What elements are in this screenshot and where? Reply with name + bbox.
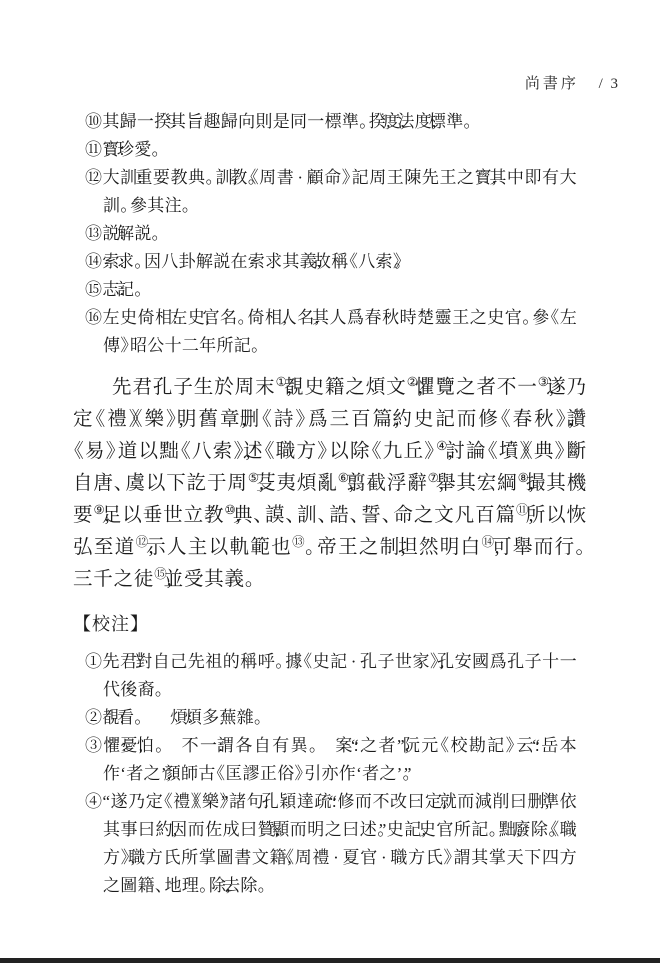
cjk-punctuation: 》 xyxy=(234,441,255,462)
cjk-punctuation: , xyxy=(439,473,445,494)
cjk-punctuation: , xyxy=(179,409,185,430)
annotation-item: ④“遂乃定《禮》《樂》”諸句:孔穎達疏:“修而不改曰定,就而減削曰删,準依其事曰… xyxy=(85,788,577,900)
cjk-punctuation: 。 xyxy=(403,764,412,783)
annotation-item: ⑬説:解説。 xyxy=(85,220,577,248)
collation-note-list: ①先君:對自己先祖的稱呼。據《史記·孔子世家》,孔安國爲孔子十一代後裔。②覩:看… xyxy=(85,648,577,900)
cjk-punctuation: 。 xyxy=(182,196,199,215)
cjk-punctuation: 》 xyxy=(430,652,448,671)
cjk-punctuation: · xyxy=(297,168,303,187)
cjk-punctuation: 》 xyxy=(506,736,524,755)
note-number-marker: ② xyxy=(85,708,102,727)
cjk-punctuation: 《 xyxy=(208,764,225,783)
note-reference: ④ xyxy=(436,439,448,453)
note-reference: ⑫ xyxy=(136,535,149,549)
cjk-punctuation: , xyxy=(246,441,252,462)
cjk-punctuation: , xyxy=(259,473,265,494)
cjk-punctuation: 、 xyxy=(285,505,305,526)
cjk-punctuation: 《 xyxy=(542,308,560,327)
note-number-marker: ⑬ xyxy=(85,224,102,243)
note-text: “遂乃定《禮》《樂》”諸句:孔穎達疏:“修而不改曰定,就而減削曰删,準依其事曰約… xyxy=(103,792,577,895)
page-content: ⑩其歸一揆:其旨趣歸向則是同一標準。揆,度,法度,標準。⑪寳:珍愛。⑫大訓:重要… xyxy=(0,108,660,900)
cjk-punctuation: , xyxy=(492,168,497,187)
cjk-punctuation: · xyxy=(381,848,387,867)
cjk-punctuation: 。 xyxy=(134,252,151,271)
note-text: 大訓:重要教典。訓,教。《周書·顧命》記周王陳先王之寳,其中即有大訓。參其注。 xyxy=(103,168,577,215)
cjk-punctuation: , xyxy=(440,652,445,671)
cjk-punctuation: , xyxy=(167,569,173,590)
cjk-punctuation: , xyxy=(139,736,144,755)
cjk-punctuation: : xyxy=(535,736,540,755)
cjk-punctuation: : xyxy=(187,708,192,727)
cjk-punctuation: , xyxy=(283,308,288,327)
cjk-punctuation: 》 xyxy=(106,441,127,462)
note-reference: ⑩ xyxy=(224,503,235,517)
cjk-punctuation: , xyxy=(405,736,410,755)
cjk-punctuation: 、 xyxy=(382,505,402,526)
cjk-punctuation: : xyxy=(172,112,177,131)
cjk-punctuation: 。 xyxy=(238,308,256,327)
cjk-punctuation: 。 xyxy=(489,820,507,839)
collation-heading: 【校注】 xyxy=(73,610,587,638)
note-number-marker: ⑩ xyxy=(85,112,102,131)
cjk-punctuation: , xyxy=(549,377,555,398)
cjk-punctuation: 《 xyxy=(491,409,513,430)
cjk-punctuation: : xyxy=(218,736,223,755)
cjk-punctuation: 。 xyxy=(134,708,143,727)
cjk-punctuation: , xyxy=(386,112,391,131)
cjk-punctuation: 。 xyxy=(155,680,172,699)
cjk-punctuation: , xyxy=(443,792,448,811)
cjk-punctuation: : xyxy=(120,252,125,271)
book-page: 尚書序 / 3 ⑩其歸一揆:其旨趣歸向則是同一標準。揆,度,法度,標準。⑪寳:珍… xyxy=(0,0,660,963)
cjk-punctuation: 《 xyxy=(255,441,276,462)
cjk-punctuation: : xyxy=(120,708,125,727)
cjk-punctuation: 《 xyxy=(252,409,274,430)
note-reference: ⑥ xyxy=(338,471,349,485)
cjk-punctuation: 。 xyxy=(155,736,165,755)
note-reference: ① xyxy=(276,375,287,389)
cjk-punctuation: : xyxy=(173,308,178,327)
cjk-punctuation: 。 xyxy=(134,280,151,299)
note-text: 其歸一揆:其旨趣歸向則是同一標準。揆,度,法度,標準。 xyxy=(102,112,473,131)
note-text: 寳:珍愛。 xyxy=(102,140,161,159)
note-text: 志:記。 xyxy=(102,280,144,299)
annotation-item: ⑯左史倚相:左史,官名。倚相,人名,其人爲春秋時楚靈王之史官。參《左傳》昭公十二… xyxy=(85,304,577,360)
cjk-punctuation: , xyxy=(400,112,405,131)
cjk-punctuation: , xyxy=(448,441,454,462)
cjk-punctuation: , xyxy=(275,820,280,839)
cjk-punctuation: : xyxy=(354,736,359,755)
note-number-marker: ⑪ xyxy=(85,140,102,159)
cjk-punctuation: 《 xyxy=(86,409,108,430)
cjk-punctuation: 。 xyxy=(152,224,169,243)
cjk-punctuation: , xyxy=(495,537,501,558)
cjk-punctuation: 、 xyxy=(155,876,172,895)
cjk-punctuation: 。 xyxy=(254,708,271,727)
cjk-punctuation: 。 xyxy=(275,652,293,671)
cjk-punctuation: 。 xyxy=(120,196,137,215)
annotation-item: ⑫大訓:重要教典。訓,教。《周書·顧命》記周王陳先王之寳,其中即有大訓。參其注。 xyxy=(85,164,577,220)
note-text: 覩:看。 煩:煩多蕪雜。 xyxy=(102,708,263,727)
cjk-punctuation: 》 xyxy=(556,409,578,430)
cjk-punctuation: , xyxy=(529,505,535,526)
note-number-marker: ④ xyxy=(85,792,103,811)
cjk-punctuation: , xyxy=(545,792,550,811)
annotation-item: ②覩:看。 煩:煩多蕪雜。 xyxy=(85,704,577,732)
cjk-punctuation: : xyxy=(264,792,269,811)
page-number: / 3 xyxy=(599,76,620,92)
cjk-punctuation: 。 xyxy=(199,876,216,895)
cjk-punctuation: 。 xyxy=(251,336,268,355)
cjk-punctuation: 、 xyxy=(350,505,370,526)
cjk-punctuation: 。 xyxy=(522,308,540,327)
cjk-punctuation: 。 xyxy=(377,820,386,839)
cjk-punctuation: 《 xyxy=(478,441,499,462)
cjk-punctuation: , xyxy=(287,377,293,398)
annotation-item: ⑭索:求。因八卦解説在索求其義,故稱《八索》。 xyxy=(85,248,577,276)
cjk-punctuation: 》 xyxy=(443,848,461,867)
note-reference: ⑧ xyxy=(518,471,529,485)
cjk-punctuation: 。 xyxy=(464,112,481,131)
cjk-punctuation: , xyxy=(422,820,427,839)
cjk-punctuation: , xyxy=(418,377,424,398)
cjk-punctuation: 。 xyxy=(152,140,169,159)
cjk-punctuation: 》 xyxy=(295,764,312,783)
cjk-punctuation: , xyxy=(432,112,437,131)
annotation-item: ⑩其歸一揆:其旨趣歸向則是同一標準。揆,度,法度,標準。 xyxy=(85,108,577,136)
cjk-punctuation: · xyxy=(333,848,339,867)
cjk-punctuation: : xyxy=(138,652,143,671)
chapter-title: 尚書序 xyxy=(525,76,579,92)
annotation-item: ③懼:憂,怕。 不一:謂各自有異。 案:“之者”,阮元《校勘記》云:“岳本作‘者… xyxy=(85,732,577,788)
cjk-punctuation: , xyxy=(315,308,320,327)
cjk-punctuation: 》 xyxy=(295,409,317,430)
note-text: 説:解説。 xyxy=(102,224,161,243)
note-reference: ⑪ xyxy=(516,503,529,517)
cjk-punctuation: 、 xyxy=(253,505,273,526)
cjk-punctuation: , xyxy=(317,252,322,271)
cjk-punctuation: 《 xyxy=(64,441,85,462)
cjk-punctuation: , xyxy=(226,876,231,895)
cjk-punctuation: 》 xyxy=(166,409,188,430)
annotation-item: ⑮志:記。 xyxy=(85,276,577,304)
cjk-punctuation: , xyxy=(167,764,172,783)
cjk-punctuation: , xyxy=(349,473,355,494)
cjk-punctuation: , xyxy=(401,537,407,558)
cjk-punctuation: 》 xyxy=(317,441,338,462)
cjk-punctuation: , xyxy=(149,537,155,558)
cjk-punctuation: : xyxy=(120,140,125,159)
note-reference: ⑮ xyxy=(154,567,167,581)
cjk-punctuation: , xyxy=(394,409,400,430)
cjk-punctuation: , xyxy=(205,308,210,327)
annotation-list-top: ⑩其歸一揆:其旨趣歸向則是同一標準。揆,度,法度,標準。⑪寳:珍愛。⑫大訓:重要… xyxy=(85,108,577,360)
cjk-punctuation: , xyxy=(516,820,521,839)
note-text: 先君:對自己先祖的稱呼。據《史記·孔子世家》,孔安國爲孔子十一代後裔。 xyxy=(103,652,577,699)
cjk-punctuation: : xyxy=(120,280,125,299)
annotation-item: ①先君:對自己先祖的稱呼。據《史記·孔子世家》,孔安國爲孔子十一代後裔。 xyxy=(85,648,577,704)
note-reference: ③ xyxy=(538,375,549,389)
cjk-punctuation: , xyxy=(568,409,574,430)
cjk-punctuation: 《 xyxy=(341,252,358,271)
running-header: 尚書序 / 3 xyxy=(0,74,660,94)
cjk-punctuation: , xyxy=(236,505,242,526)
cjk-punctuation: 》 xyxy=(120,336,137,355)
cjk-punctuation: , xyxy=(241,409,247,430)
cjk-punctuation: · xyxy=(351,652,357,671)
note-reference: ⑬ xyxy=(292,535,305,549)
cjk-punctuation: 《 xyxy=(133,409,145,430)
note-text: 索:求。因八卦解説在索求其義,故稱《八索》。 xyxy=(102,252,403,271)
note-reference: ⑦ xyxy=(428,471,439,485)
cjk-punctuation: 。 xyxy=(394,252,411,271)
cjk-punctuation: 、 xyxy=(318,505,338,526)
cjk-punctuation: 《 xyxy=(250,168,259,187)
cjk-punctuation: , xyxy=(173,820,178,839)
cjk-punctuation: 。 xyxy=(245,569,265,590)
cjk-punctuation: 《 xyxy=(295,652,313,671)
cjk-punctuation: 》 xyxy=(121,848,139,867)
cjk-punctuation: 》 xyxy=(342,168,360,187)
note-number-marker: ⑮ xyxy=(85,280,102,299)
cjk-punctuation: : xyxy=(120,224,125,243)
note-number-marker: ① xyxy=(85,652,103,671)
note-number-marker: ⑫ xyxy=(85,168,103,187)
cjk-punctuation: : xyxy=(332,792,337,811)
cjk-punctuation: 《 xyxy=(362,441,383,462)
cjk-punctuation: 。 xyxy=(359,112,376,131)
cjk-punctuation: 《 xyxy=(523,441,534,462)
cjk-punctuation: , xyxy=(105,505,111,526)
main-text-paragraph: 先君孔子生於周末①,覩史籍之煩文②,懼覽之者不一③,遂乃定《禮》《樂》,明舊章,… xyxy=(73,372,587,596)
cjk-punctuation: 《 xyxy=(156,792,174,811)
cjk-punctuation: 。 xyxy=(305,537,326,558)
note-number-marker: ③ xyxy=(85,736,103,755)
cjk-punctuation: , xyxy=(131,848,136,867)
note-reference: ⑭ xyxy=(482,535,495,549)
cjk-punctuation: 、 xyxy=(114,473,134,494)
cjk-punctuation: 《 xyxy=(551,820,560,839)
cjk-punctuation: 《 xyxy=(171,441,192,462)
cjk-punctuation: 》 xyxy=(555,441,576,462)
note-number-marker: ⑭ xyxy=(85,252,102,271)
cjk-punctuation: , xyxy=(529,473,535,494)
note-reference: ⑨ xyxy=(93,503,104,517)
cjk-punctuation: : xyxy=(122,736,127,755)
cjk-punctuation: 。 xyxy=(206,168,224,187)
page-edge-shadow xyxy=(0,958,660,963)
cjk-punctuation: 。 xyxy=(258,876,275,895)
cjk-punctuation: , xyxy=(233,168,238,187)
note-number-marker: ⑯ xyxy=(85,308,103,327)
cjk-punctuation: 》 xyxy=(220,792,229,811)
cjk-punctuation: 《 xyxy=(193,792,202,811)
cjk-punctuation: : xyxy=(138,168,143,187)
note-reference: ② xyxy=(407,375,418,389)
note-reference: ⑤ xyxy=(248,471,259,485)
cjk-punctuation: 《 xyxy=(432,736,450,755)
note-text: 左史倚相:左史,官名。倚相,人名,其人爲春秋時楚靈王之史官。參《左傳》昭公十二年… xyxy=(103,308,577,355)
cjk-punctuation: 。 xyxy=(575,537,595,558)
note-text: 懼:憂,怕。 不一:謂各自有異。 案:“之者”,阮元《校勘記》云:“岳本作‘者之… xyxy=(103,736,577,783)
annotation-item: ⑪寳:珍愛。 xyxy=(85,136,577,164)
cjk-punctuation: 《 xyxy=(277,848,295,867)
cjk-punctuation: 。 xyxy=(309,736,319,755)
